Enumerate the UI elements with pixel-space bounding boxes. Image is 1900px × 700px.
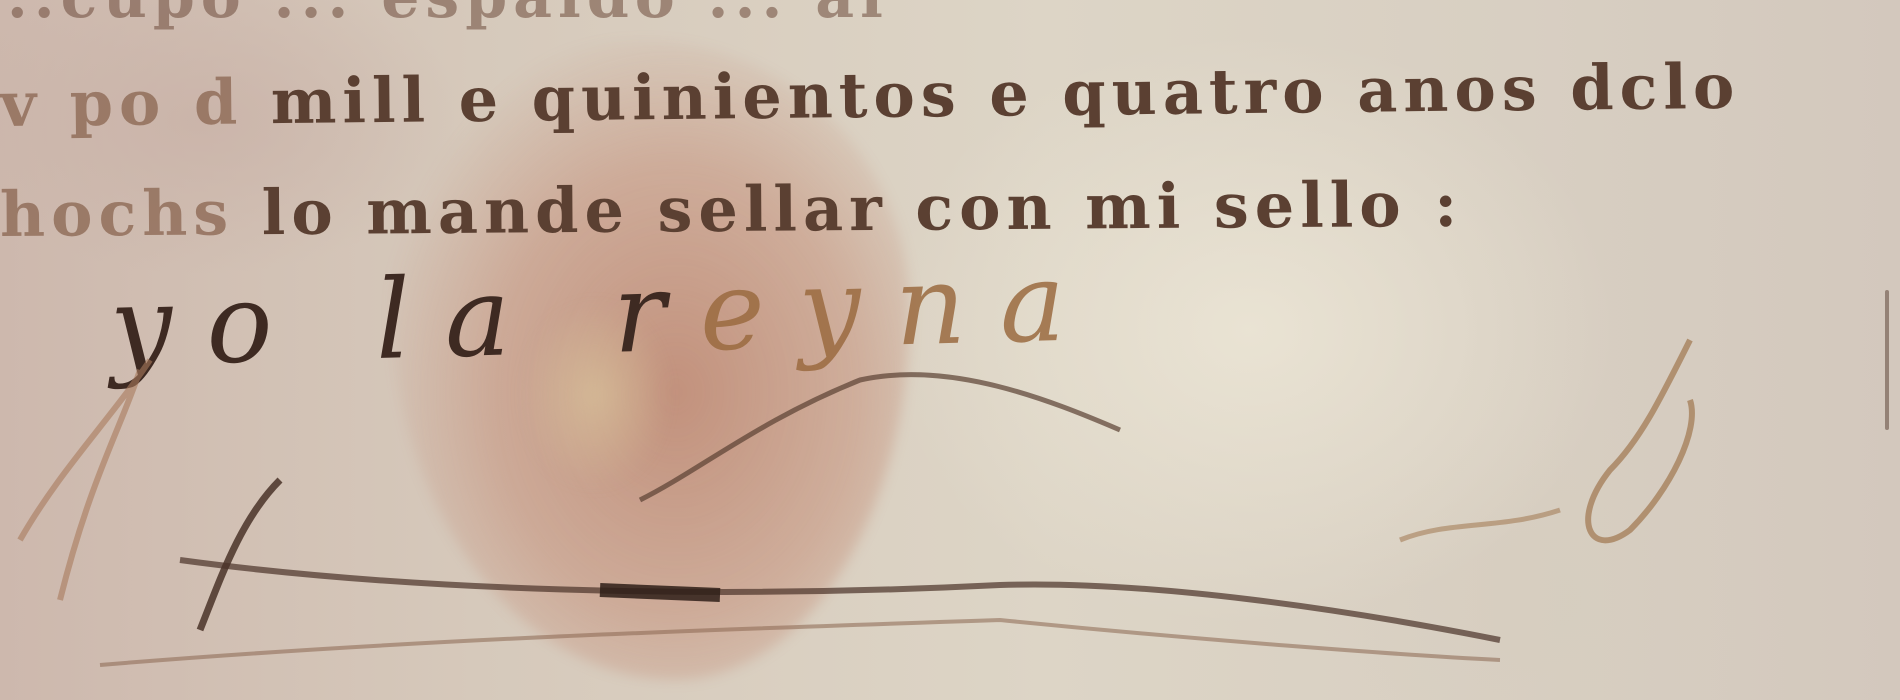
margin-mark bbox=[1885, 290, 1889, 430]
manuscript-photo: ...cupo ... espaldo ... al v po d mill e… bbox=[0, 0, 1900, 700]
signature-flourish bbox=[0, 0, 1900, 700]
